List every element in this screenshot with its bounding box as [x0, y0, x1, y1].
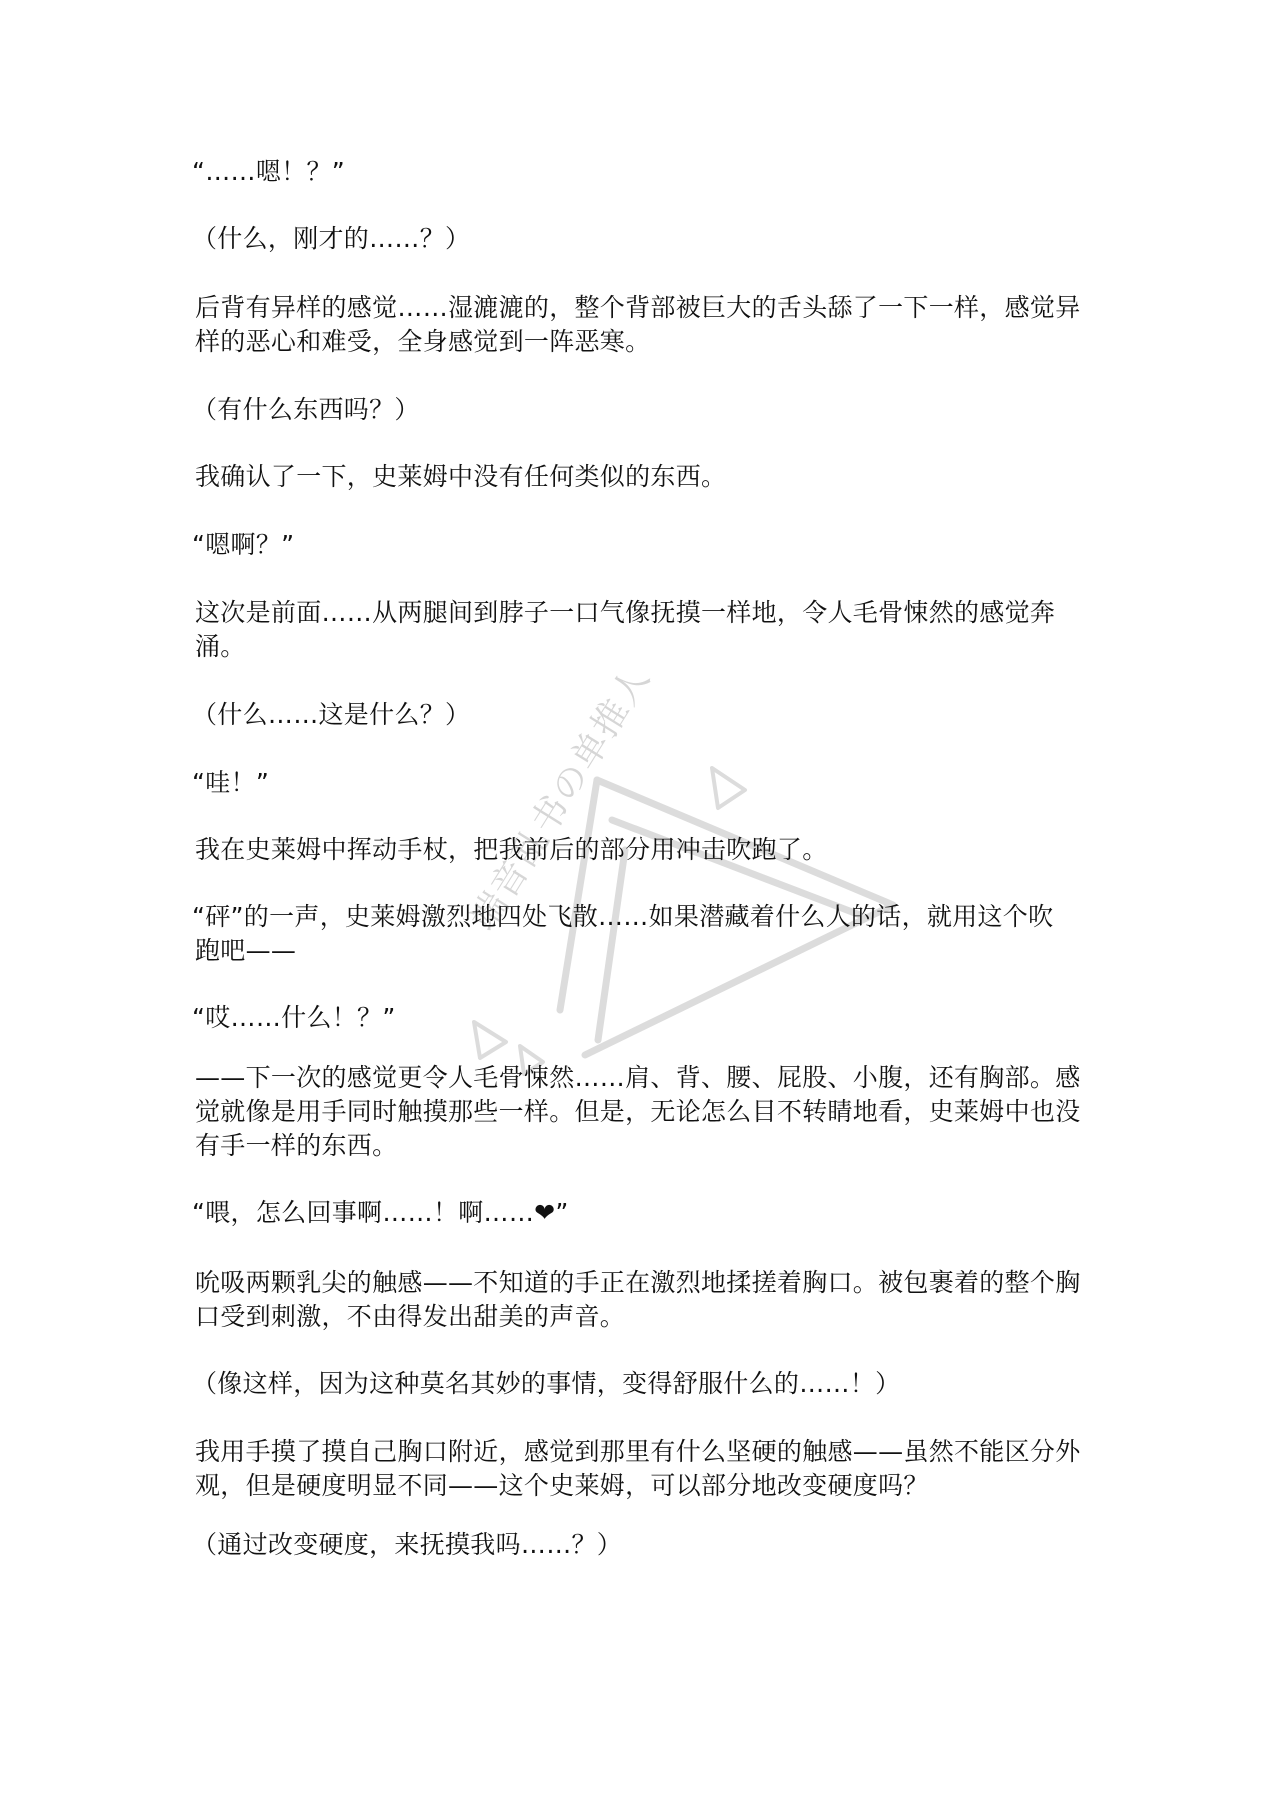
- text-line: ——下一次的感觉更令人毛骨悚然……肩、背、腰、屁股、小腹，还有胸部。感: [195, 1061, 1095, 1095]
- text-line: 我在史莱姆中挥动手杖，把我前后的部分用冲击吹跑了。: [195, 833, 1095, 867]
- paragraph: “喂，怎么回事啊……！啊……❤”: [192, 1196, 1092, 1230]
- paragraph: 这次是前面……从两腿间到脖子一口气像抚摸一样地，令人毛骨悚然的感觉奔 涌。: [195, 596, 1095, 664]
- text-line: “……嗯！？”: [192, 155, 1092, 189]
- text-line: 涌。: [195, 630, 1095, 664]
- paragraph: （像这样，因为这种莫名其妙的事情，变得舒服什么的……！）: [192, 1367, 1092, 1401]
- text-line: “哎……什么！？”: [192, 1001, 1092, 1035]
- text-line: 觉就像是用手同时触摸那些一样。但是，无论怎么目不转睛地看，史莱姆中也没: [195, 1095, 1095, 1129]
- paragraph: 我用手摸了摸自己胸口附近，感觉到那里有什么坚硬的触感——虽然不能区分外 观，但是…: [195, 1435, 1095, 1503]
- text-line: “砰”的一声，史莱姆激烈地四处飞散……如果潜藏着什么人的话，就用这个吹: [192, 900, 1092, 934]
- paragraph: ——下一次的感觉更令人毛骨悚然……肩、背、腰、屁股、小腹，还有胸部。感 觉就像是…: [195, 1061, 1095, 1163]
- paragraph: “砰”的一声，史莱姆激烈地四处飞散……如果潜藏着什么人的话，就用这个吹 跑吧——: [192, 900, 1092, 968]
- paragraph: 吮吸两颗乳尖的触感——不知道的手正在激烈地揉搓着胸口。被包裹着的整个胸 口受到刺…: [195, 1266, 1095, 1334]
- text-line: “哇！”: [192, 766, 1092, 800]
- text-line: 我用手摸了摸自己胸口附近，感觉到那里有什么坚硬的触感——虽然不能区分外: [195, 1435, 1095, 1469]
- paragraph: （什么，刚才的……？）: [192, 222, 1092, 256]
- document-page: 端音乱书の单推人 “……嗯！？” （什么，刚才的……？） 后背有异样的感觉……湿…: [0, 0, 1280, 1810]
- text-line: （什么……这是什么？）: [192, 698, 1092, 732]
- text-line: （有什么东西吗？）: [192, 393, 1092, 427]
- paragraph: “嗯啊？”: [192, 528, 1092, 562]
- paragraph: “……嗯！？”: [192, 155, 1092, 189]
- paragraph: 后背有异样的感觉……湿漉漉的，整个背部被巨大的舌头舔了一下一样，感觉异 样的恶心…: [195, 291, 1095, 359]
- text-line: （什么，刚才的……？）: [192, 222, 1092, 256]
- text-line: 样的恶心和难受，全身感觉到一阵恶寒。: [195, 325, 1095, 359]
- text-line: “喂，怎么回事啊……！啊……❤”: [192, 1196, 1092, 1230]
- text-line: 吮吸两颗乳尖的触感——不知道的手正在激烈地揉搓着胸口。被包裹着的整个胸: [195, 1266, 1095, 1300]
- paragraph: 我在史莱姆中挥动手杖，把我前后的部分用冲击吹跑了。: [195, 833, 1095, 867]
- paragraph: （什么……这是什么？）: [192, 698, 1092, 732]
- text-line: 后背有异样的感觉……湿漉漉的，整个背部被巨大的舌头舔了一下一样，感觉异: [195, 291, 1095, 325]
- paragraph: （有什么东西吗？）: [192, 393, 1092, 427]
- text-line: 观，但是硬度明显不同——这个史莱姆，可以部分地改变硬度吗？: [195, 1469, 1095, 1503]
- paragraph: “哎……什么！？”: [192, 1001, 1092, 1035]
- text-line: （通过改变硬度，来抚摸我吗……？）: [192, 1528, 1092, 1562]
- text-line: 有手一样的东西。: [195, 1129, 1095, 1163]
- text-line: 这次是前面……从两腿间到脖子一口气像抚摸一样地，令人毛骨悚然的感觉奔: [195, 596, 1095, 630]
- text-line: 口受到刺激，不由得发出甜美的声音。: [195, 1300, 1095, 1334]
- paragraph: （通过改变硬度，来抚摸我吗……？）: [192, 1528, 1092, 1562]
- text-line: 跑吧——: [195, 934, 1092, 968]
- paragraph: “哇！”: [192, 766, 1092, 800]
- paragraph: 我确认了一下，史莱姆中没有任何类似的东西。: [195, 460, 1095, 494]
- text-line: 我确认了一下，史莱姆中没有任何类似的东西。: [195, 460, 1095, 494]
- text-line: “嗯啊？”: [192, 528, 1092, 562]
- text-line: （像这样，因为这种莫名其妙的事情，变得舒服什么的……！）: [192, 1367, 1092, 1401]
